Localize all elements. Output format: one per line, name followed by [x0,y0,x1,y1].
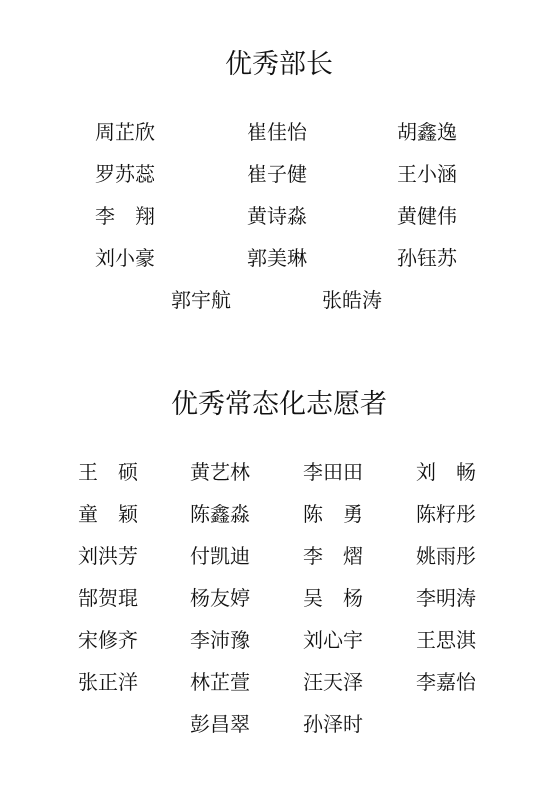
name-item: 崔佳怡 [247,120,307,144]
name-item: 张正洋 [78,670,138,694]
name-item: 李 翔 [95,204,155,228]
name-item: 李沛豫 [190,628,250,652]
name-item: 张皓涛 [322,288,382,312]
name-item: 杨友婷 [190,586,250,610]
name-item: 陈 勇 [303,502,363,526]
name-item: 孙泽时 [303,712,363,736]
name-item: 郭美琳 [247,246,307,270]
section-title-excellent-volunteers: 优秀常态化志愿者 [0,382,558,421]
name-item: 黄艺林 [190,460,250,484]
name-item: 胡鑫逸 [397,120,457,144]
name-item: 陈籽彤 [416,502,476,526]
name-item: 刘心宇 [303,628,363,652]
name-item: 黄诗淼 [247,204,307,228]
section-title-excellent-ministers: 优秀部长 [0,42,558,81]
name-item: 王思淇 [416,628,476,652]
name-item: 童 颖 [78,502,138,526]
name-item: 孙钰苏 [397,246,457,270]
name-item: 罗苏蕊 [95,162,155,186]
name-item: 彭昌翠 [190,712,250,736]
name-item: 黄健伟 [397,204,457,228]
name-item: 王 硕 [78,460,138,484]
name-item: 李 熠 [303,544,363,568]
name-item: 付凯迪 [190,544,250,568]
name-item: 刘 畅 [416,460,476,484]
name-item: 宋修齐 [78,628,138,652]
name-item: 李田田 [303,460,363,484]
name-item: 吴 杨 [303,586,363,610]
name-item: 林芷萱 [190,670,250,694]
name-item: 刘洪芳 [78,544,138,568]
name-item: 王小涵 [397,162,457,186]
name-item: 郭宇航 [171,288,231,312]
name-item: 刘小豪 [95,246,155,270]
name-item: 周芷欣 [95,120,155,144]
name-item: 汪天泽 [303,670,363,694]
name-item: 李明涛 [416,586,476,610]
name-item: 郜贺琨 [78,586,138,610]
name-item: 李嘉怡 [416,670,476,694]
name-item: 姚雨彤 [416,544,476,568]
name-item: 崔子健 [247,162,307,186]
name-item: 陈鑫淼 [190,502,250,526]
